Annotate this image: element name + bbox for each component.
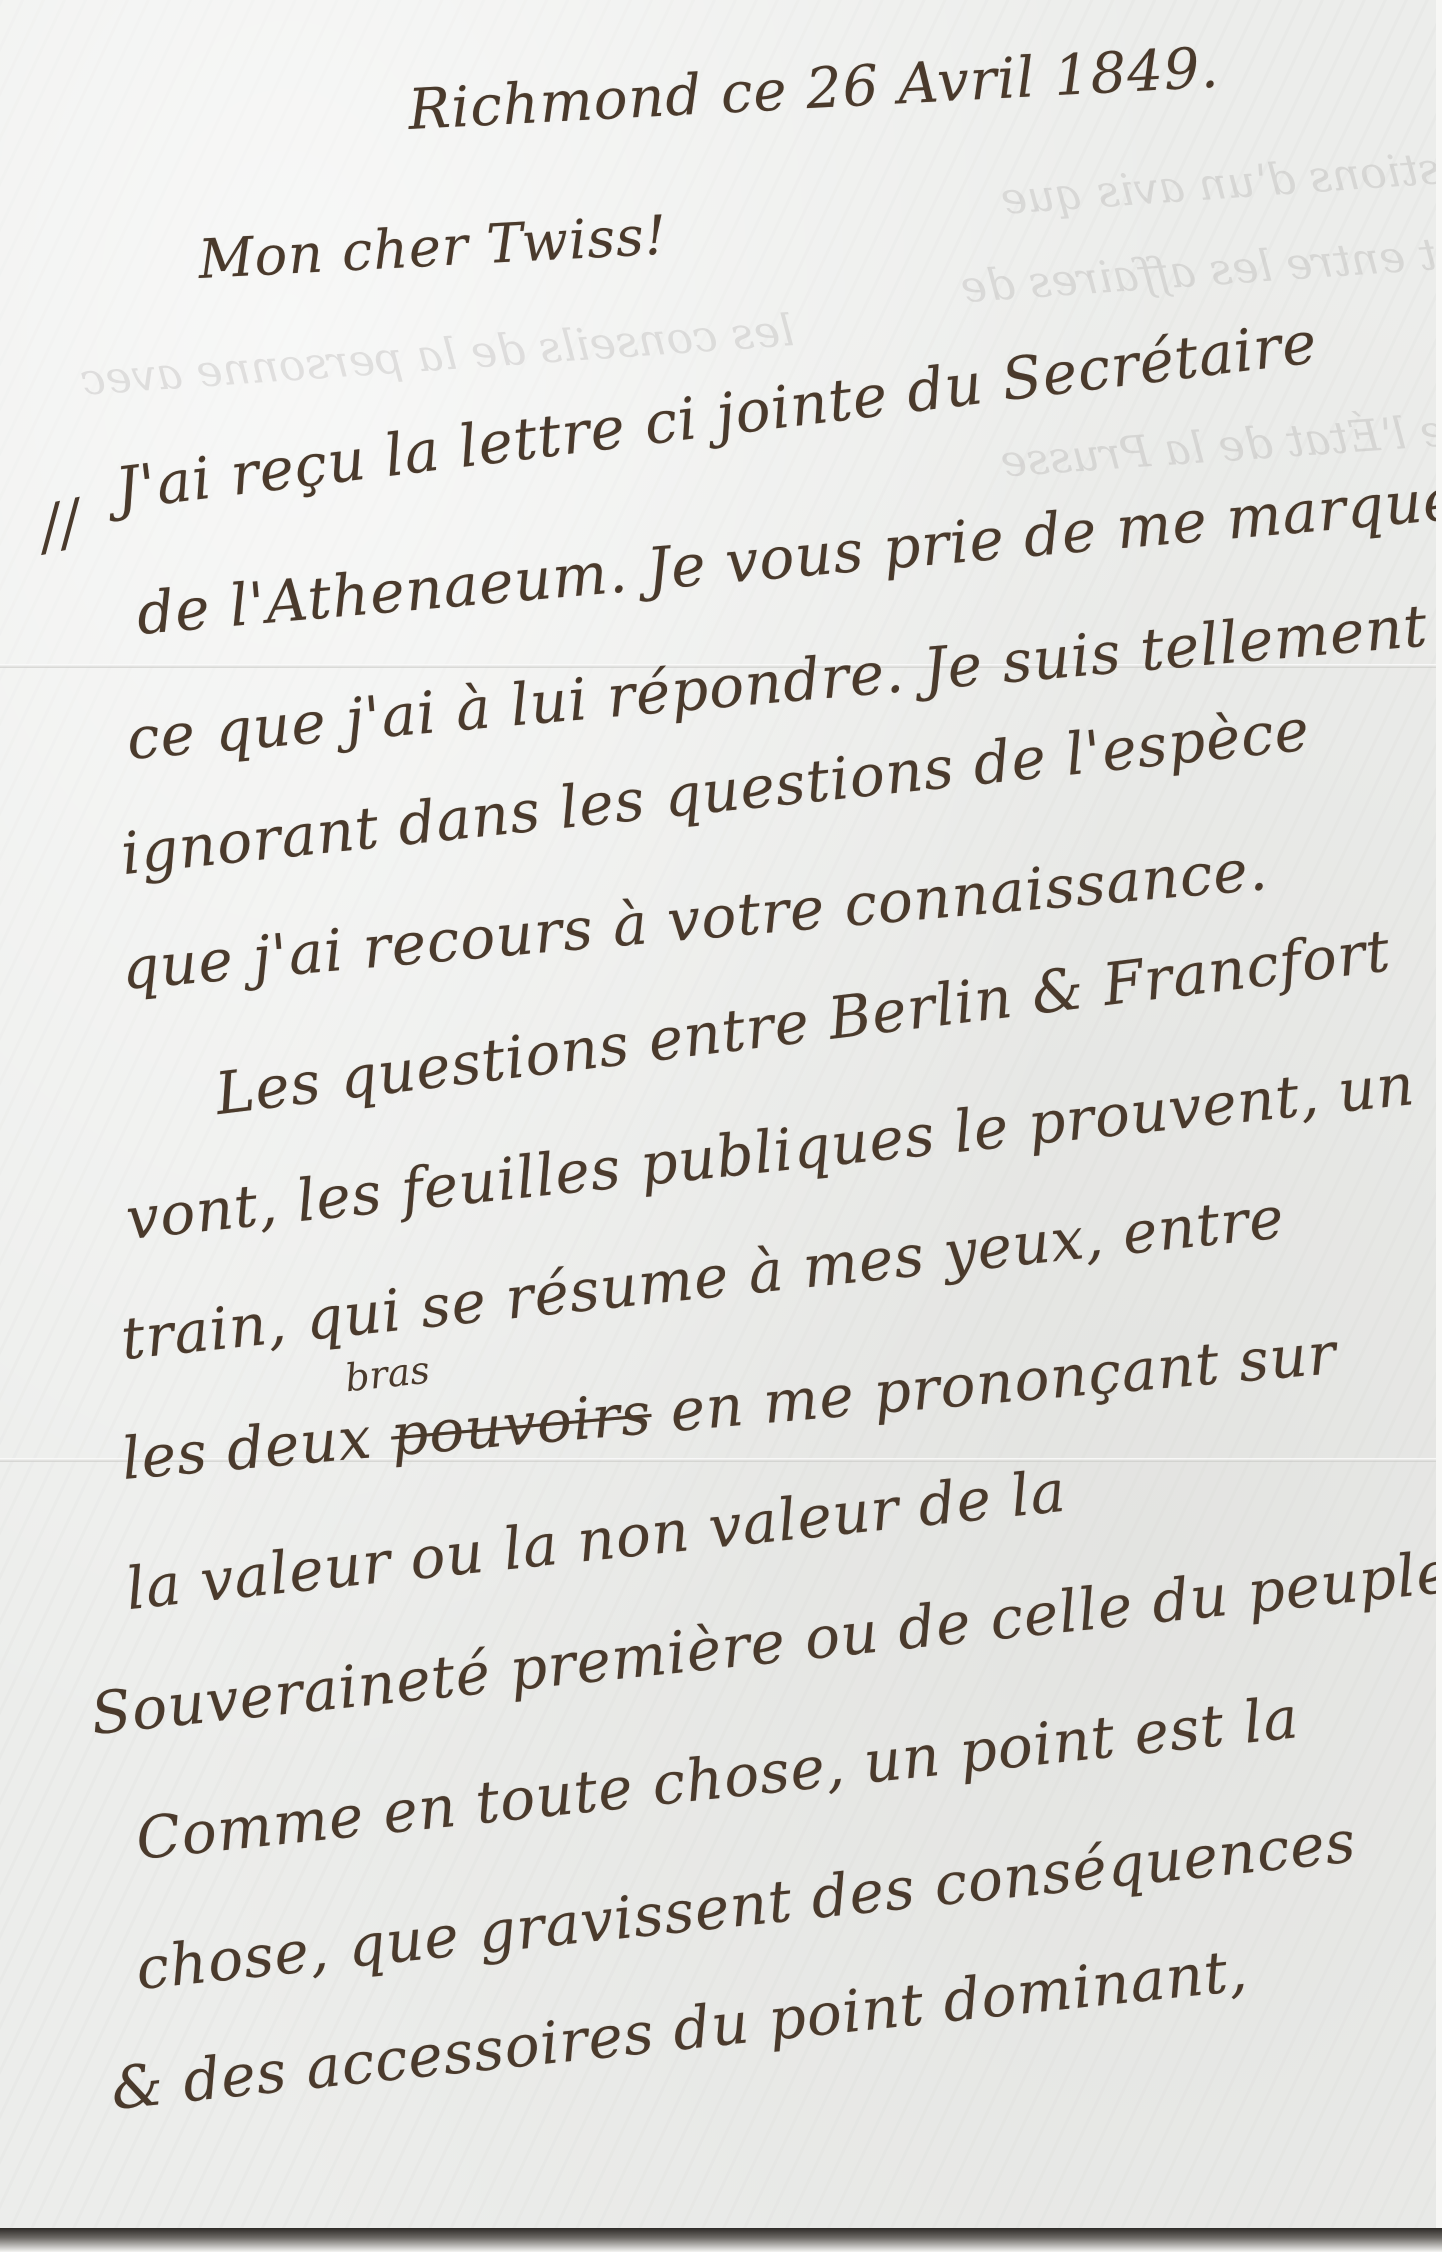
line-start: les deux	[119, 1403, 375, 1493]
struck-word: pouvoirs	[388, 1379, 654, 1470]
salutation: Mon cher Twiss!	[197, 204, 669, 291]
inserted-word: bras	[343, 1348, 432, 1401]
margin-mark: //	[33, 487, 87, 564]
show-through-text: sur les questions d'un avis que	[999, 126, 1442, 225]
letter-paper: sur les questions d'un avis que de l'éta…	[0, 0, 1436, 2228]
line-rest: en me prononçant sur	[668, 1319, 1340, 1445]
paper-right-edge	[1436, 0, 1442, 2228]
paper-bottom-edge-shadow	[0, 2228, 1442, 2252]
place-date: Richmond ce 26 Avril 1849.	[407, 36, 1221, 143]
show-through-text: de l'état entre les affaires de	[959, 218, 1442, 314]
